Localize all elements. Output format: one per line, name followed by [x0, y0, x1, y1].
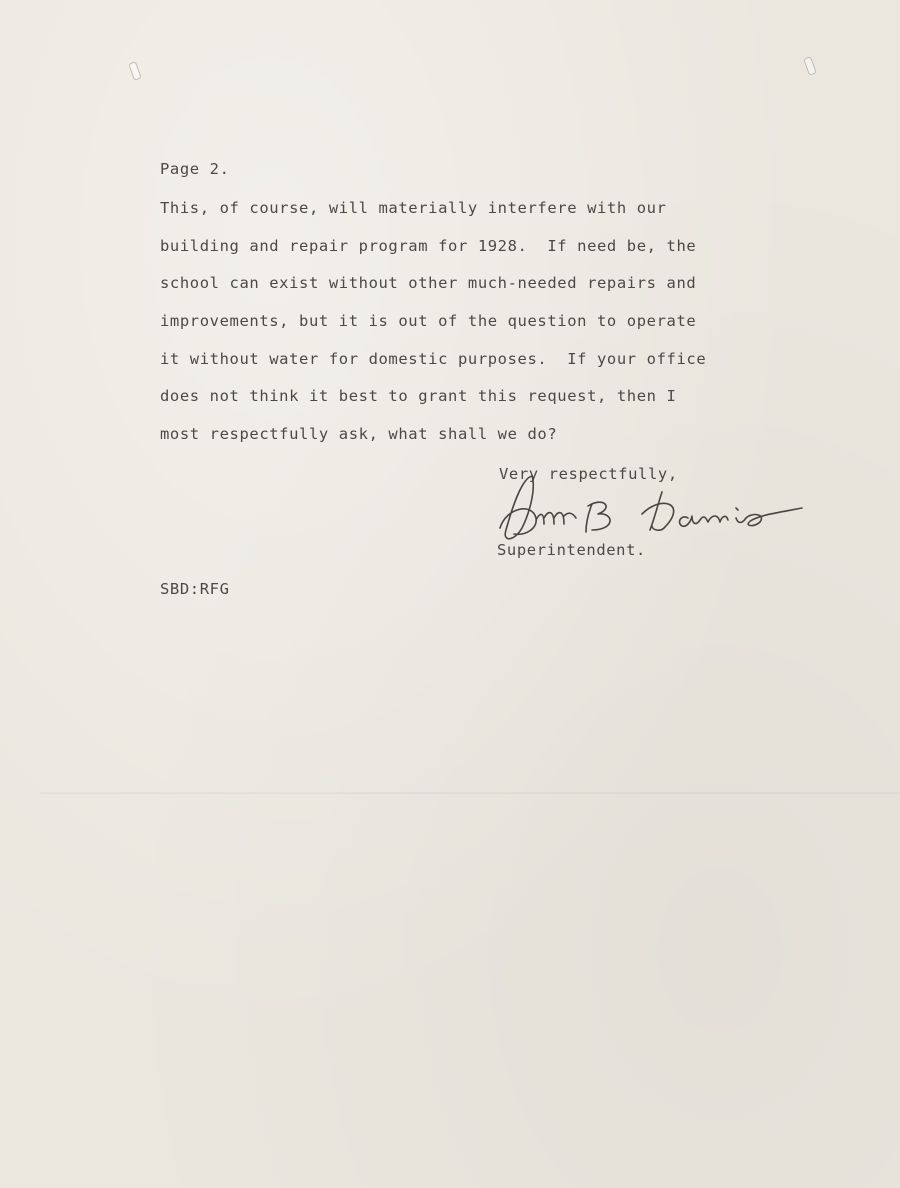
signer-title: Superintendent.: [497, 541, 646, 559]
paper-sheet: [0, 0, 900, 1188]
body-line: school can exist without other much-need…: [160, 274, 696, 292]
body-line: does not think it best to grant this req…: [160, 387, 676, 405]
page-label: Page 2.: [160, 160, 230, 178]
body-line: This, of course, will materially interfe…: [160, 199, 667, 217]
handwritten-signature: [492, 468, 812, 548]
body-line: improvements, but it is out of the quest…: [160, 312, 696, 330]
reference-initials: SBD:RFG: [160, 580, 230, 598]
body-line: most respectfully ask, what shall we do?: [160, 425, 557, 443]
paper-fold-line: [40, 792, 900, 795]
body-line: building and repair program for 1928. If…: [160, 237, 696, 255]
body-line: it without water for domestic purposes. …: [160, 350, 706, 368]
